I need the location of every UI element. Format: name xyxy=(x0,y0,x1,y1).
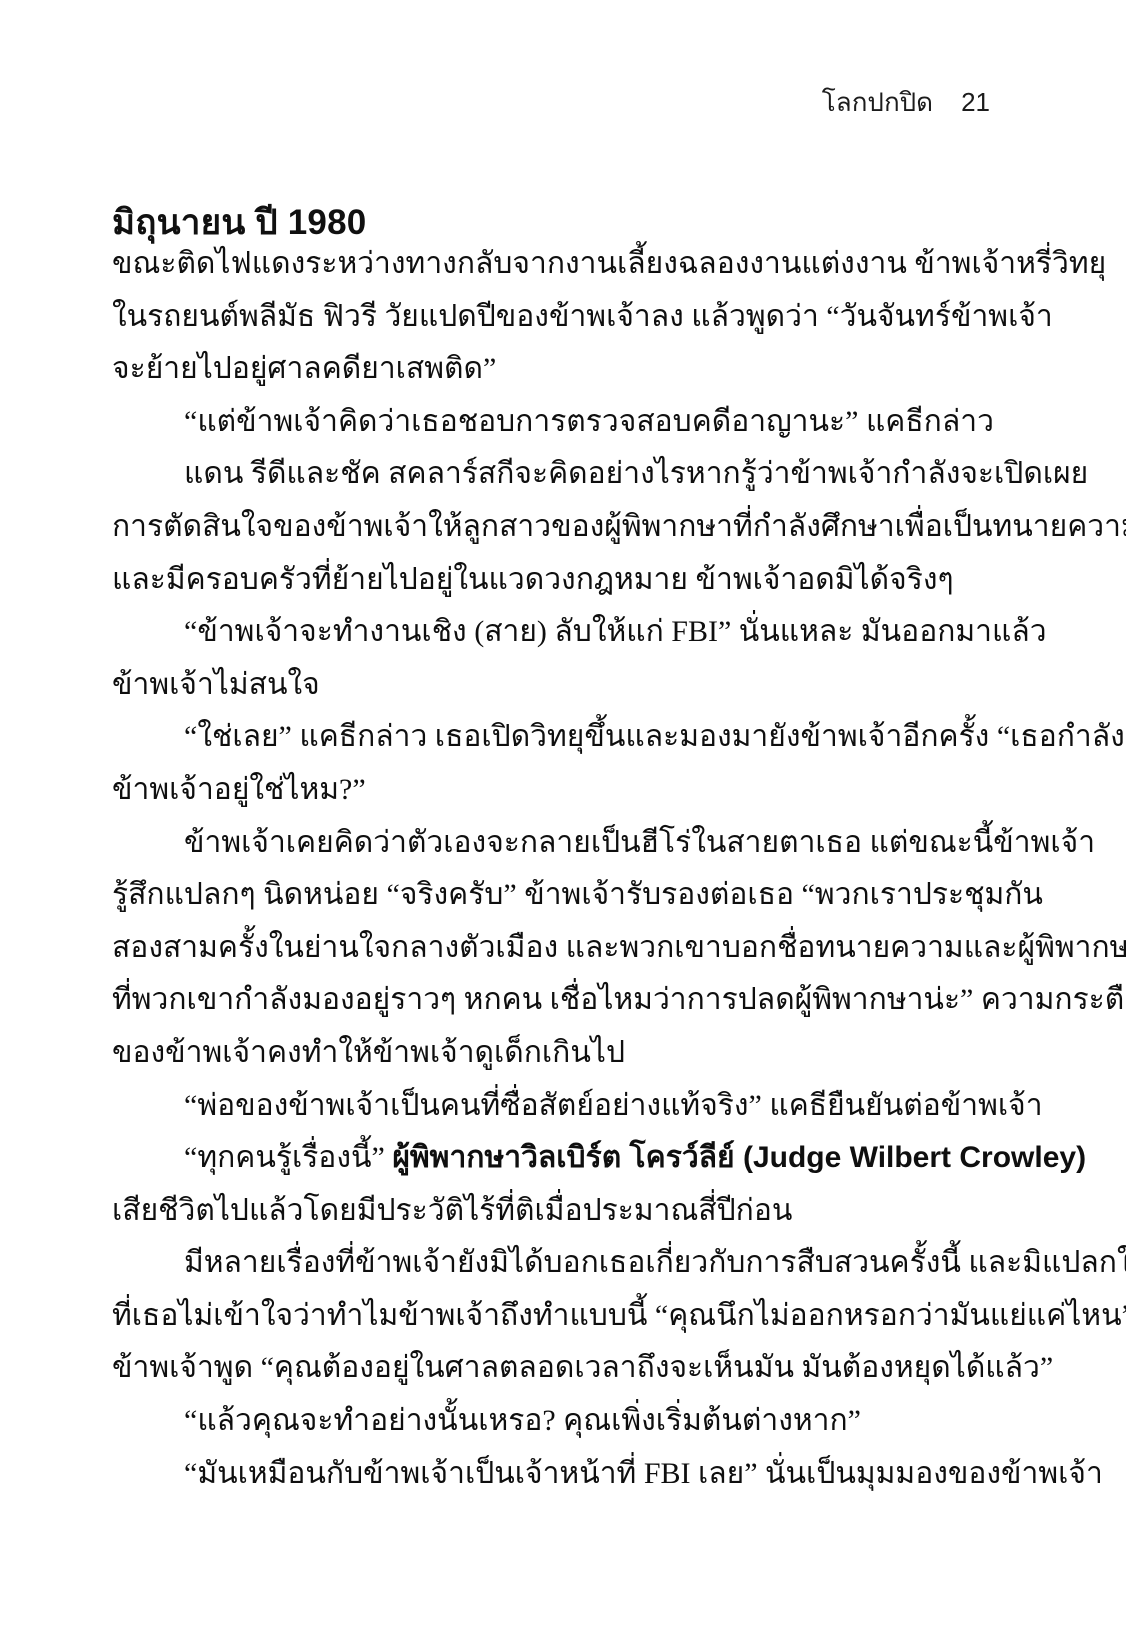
page-number: 21 xyxy=(961,87,990,118)
text-line: ในรถยนต์พลีมัธ ฟิวรี วัยแปดปีของข้าพเจ้า… xyxy=(112,291,1018,344)
text-line: แดน รีดีและชัค สคลาร์สกีจะคิดอย่างไรหากร… xyxy=(112,448,1018,501)
text-line: “แต่ข้าพเจ้าคิดว่าเธอชอบการตรวจสอบคดีอาญ… xyxy=(112,396,1018,449)
running-header: โลกปกปิด 21 xyxy=(112,82,990,123)
book-page: โลกปกปิด 21 มิถุนายน ปี 1980 ขณะติดไฟแดง… xyxy=(0,0,1126,1638)
text-line: และมีครอบครัวที่ย้ายไปอยู่ในแวดวงกฎหมาย … xyxy=(112,554,1018,607)
quote-text: “ทุกคนรู้เรื่องนี้” xyxy=(184,1141,392,1174)
text-line: ข้าพเจ้าพูด “คุณต้องอยู่ในศาลตลอดเวลาถึง… xyxy=(112,1342,1018,1395)
text-line: “แล้วคุณจะทำอย่างนั้นเหรอ? คุณเพิ่งเริ่ม… xyxy=(112,1395,1018,1448)
text-line: สองสามครั้งในย่านใจกลางตัวเมือง และพวกเข… xyxy=(112,922,1018,975)
text-line: จะย้ายไปอยู่ศาลคดียาเสพติด” xyxy=(112,343,1018,396)
book-title: โลกปกปิด xyxy=(822,82,933,123)
text-line: ข้าพเจ้าไม่สนใจ xyxy=(112,659,1018,712)
text-line: มีหลายเรื่องที่ข้าพเจ้ายังมิได้บอกเธอเกี… xyxy=(112,1237,1018,1290)
text-line: ที่พวกเขากำลังมองอยู่ราวๆ หกคน เชื่อไหมว… xyxy=(112,974,1018,1027)
text-line: “พ่อของข้าพเจ้าเป็นคนที่ซื่อสัตย์อย่างแท… xyxy=(112,1080,1018,1133)
text-line: การตัดสินใจของข้าพเจ้าให้ลูกสาวของผู้พิพ… xyxy=(112,501,1018,554)
text-line: “ข้าพเจ้าจะทำงานเชิง (สาย) ลับให้แก่ FBI… xyxy=(112,606,1018,659)
body-text: ขณะติดไฟแดงระหว่างทางกลับจากงานเลี้ยงฉลอ… xyxy=(112,238,1018,1500)
text-line: รู้สึกแปลกๆ นิดหน่อย “จริงครับ” ข้าพเจ้า… xyxy=(112,869,1018,922)
text-line: “ใช่เลย” แคธีกล่าว เธอเปิดวิทยุขึ้นและมอ… xyxy=(112,711,1018,764)
text-line: “มันเหมือนกับข้าพเจ้าเป็นเจ้าหน้าที่ FBI… xyxy=(112,1448,1018,1501)
text-line: เสียชีวิตไปแล้วโดยมีประวัติไร้ที่ติเมื่อ… xyxy=(112,1185,1018,1238)
text-line: ที่เธอไม่เข้าใจว่าทำไมข้าพเจ้าถึงทำแบบนี… xyxy=(112,1290,1018,1343)
text-line: ของข้าพเจ้าคงทำให้ข้าพเจ้าดูเด็กเกินไป xyxy=(112,1027,1018,1080)
text-line: ข้าพเจ้าเคยคิดว่าตัวเองจะกลายเป็นฮีโร่ใน… xyxy=(112,817,1018,870)
judge-name-bold: ผู้พิพากษาวิลเบิร์ต โครว์ลีย์ (Judge Wil… xyxy=(392,1141,1086,1174)
text-line: ข้าพเจ้าอยู่ใช่ไหม?” xyxy=(112,764,1018,817)
text-line: ขณะติดไฟแดงระหว่างทางกลับจากงานเลี้ยงฉลอ… xyxy=(112,238,1018,291)
text-line-with-judge-name: “ทุกคนรู้เรื่องนี้” ผู้พิพากษาวิลเบิร์ต … xyxy=(112,1132,1018,1185)
